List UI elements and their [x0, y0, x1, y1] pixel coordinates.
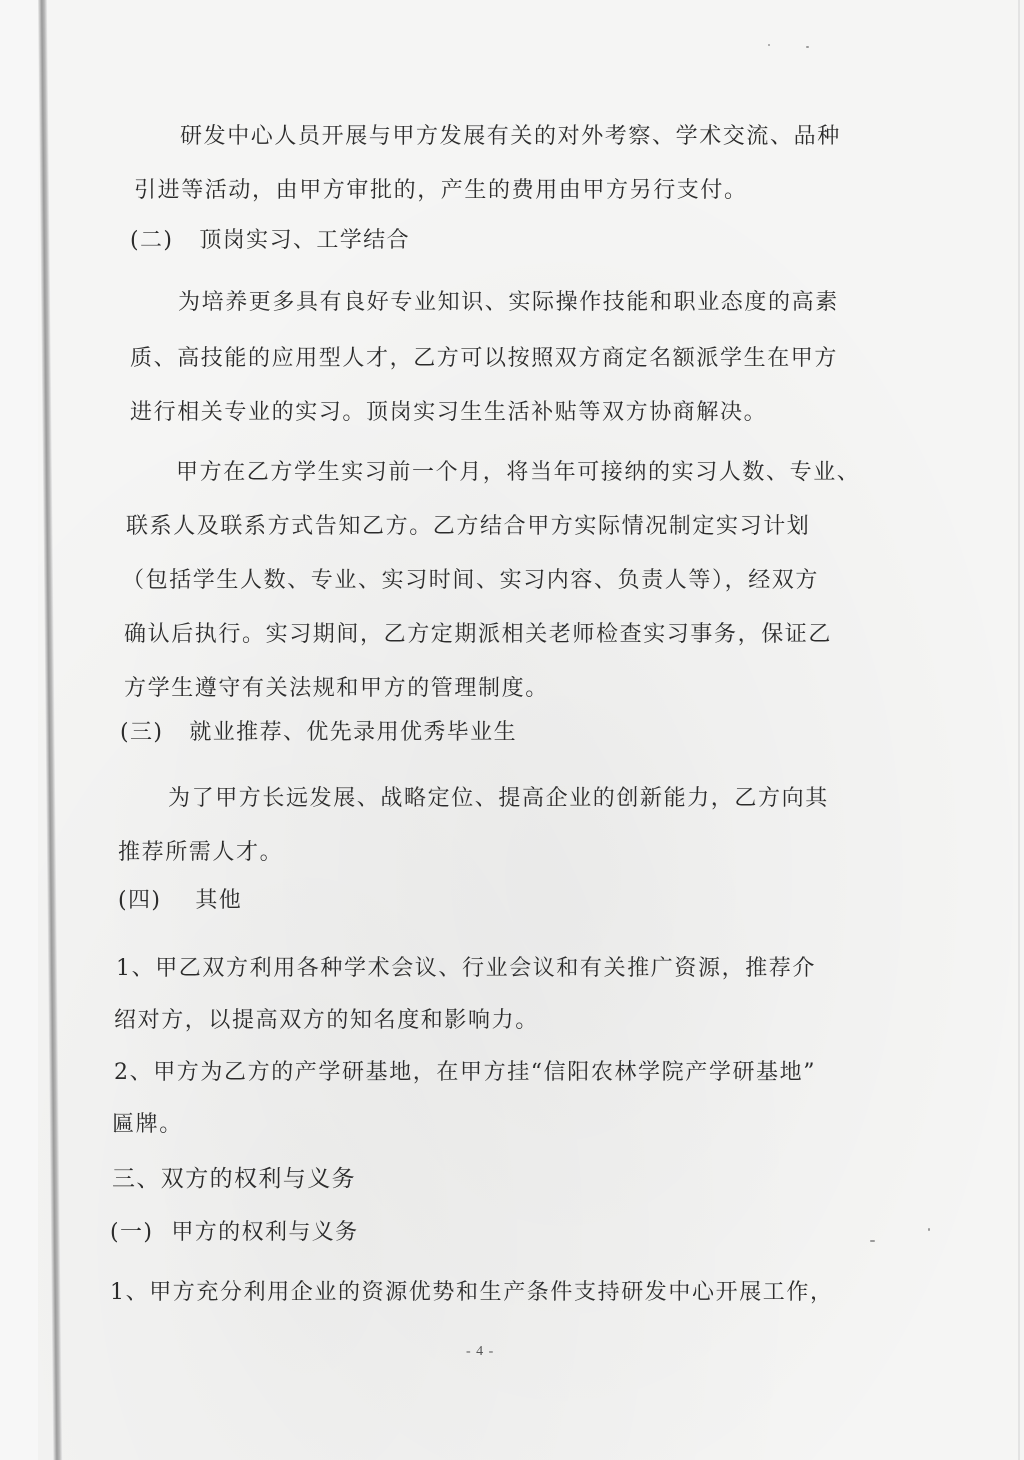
list-item-line: 1、甲方充分利用企业的资源优势和生产条件支持研发中心开展工作， [110, 1278, 834, 1308]
subheading-title: 顶岗实习、工学结合 [199, 228, 410, 253]
paragraph-line: 甲方在乙方学生实习前一个月，将当年可接纳的实习人数、专业、 [176, 458, 860, 488]
subheading-title: 就业推荐、优先录用优秀毕业生 [189, 720, 517, 745]
document-page: 研发中心人员开展与甲方发展有关的对外考察、学术交流、品种 引进等活动，由甲方审批… [0, 0, 1024, 1460]
paragraph-line: 为了甲方长远发展、战略定位、提高企业的创新能力，乙方向其 [168, 784, 829, 814]
list-item-line: 绍对方，以提高双方的知名度和影响力。 [114, 1006, 539, 1036]
subheading-employment: (三)就业推荐、优先录用优秀毕业生 [120, 718, 517, 748]
paragraph-line: 进行相关专业的实习。顶岗实习生生活补贴等双方协商解决。 [130, 398, 767, 428]
paragraph-line: 联系人及联系方式告知乙方。乙方结合甲方实际情况制定实习计划 [126, 512, 810, 542]
subheading-number: (一) [110, 1218, 153, 1248]
paragraph-line: 引进等活动，由甲方审批的，产生的费用由甲方另行支付。 [134, 176, 748, 206]
paragraph-line: （包括学生人数、专业、实习时间、实习内容、负责人等），经双方 [122, 566, 819, 596]
paragraph-line: 确认后执行。实习期间，乙方定期派相关老师检查实习事务，保证乙 [124, 620, 832, 650]
paragraph-line: 推荐所需人才。 [118, 838, 283, 868]
subheading-internship: (二)顶岗实习、工学结合 [130, 226, 410, 256]
subheading-title: 甲方的权利与义务 [171, 1220, 358, 1245]
subheading-number: (二) [130, 226, 173, 256]
subheading-title: 其他 [195, 888, 242, 913]
subheading-party-a-rights: (一)甲方的权利与义务 [110, 1218, 359, 1248]
subheading-number: (三) [120, 718, 163, 748]
subheading-number: (四) [118, 886, 161, 916]
subheading-other: (四)其他 [118, 886, 242, 916]
paragraph-line: 质、高技能的应用型人才，乙方可以按照双方商定名额派学生在甲方 [130, 344, 838, 374]
page-number: - 4 - [466, 1344, 494, 1360]
paragraph-line: 研发中心人员开展与甲方发展有关的对外考察、学术交流、品种 [180, 122, 841, 152]
list-item-line: 1、甲乙双方利用各种学术会议、行业会议和有关推广资源，推荐介 [116, 954, 816, 984]
list-item-line: 匾牌。 [112, 1110, 183, 1140]
paragraph-line: 为培养更多具有良好专业知识、实际操作技能和职业态度的高素 [178, 288, 839, 318]
section-heading-rights-obligations: 三、双方的权利与义务 [112, 1164, 356, 1194]
paragraph-line: 方学生遵守有关法规和甲方的管理制度。 [124, 674, 549, 704]
list-item-line: 2、甲方为乙方的产学研基地，在甲方挂“信阳农林学院产学研基地” [114, 1058, 816, 1088]
